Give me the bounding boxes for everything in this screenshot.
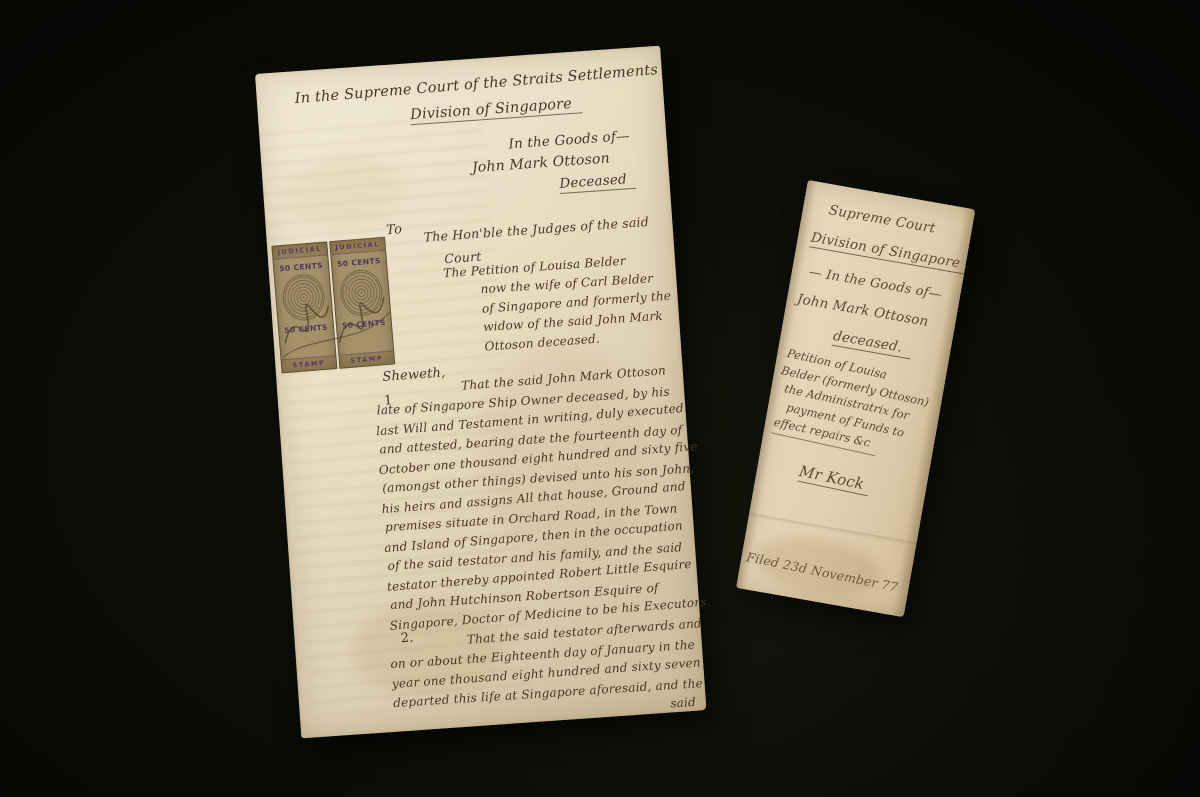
docket-petition-summary: Petition of Louisa Belder (formerly Otto… <box>770 345 935 465</box>
petition-document: In the Supreme Court of the Straits Sett… <box>255 46 706 739</box>
docket-deceased-label: deceased. <box>832 328 914 360</box>
address-to: To <box>386 222 403 238</box>
stamp-value-top: 50 CENTS <box>279 261 323 273</box>
judicial-stamp-left: JUDICIAL 50 CENTS 50 CENTS STAMP <box>271 241 337 373</box>
paragraph-1: That the said John Mark Ottoson late of … <box>373 361 692 635</box>
attorney-name: Mr Kock <box>797 462 872 497</box>
stamp-value-top: 50 CENTS <box>337 256 381 268</box>
judicial-stamp-right: JUDICIAL 50 CENTS 50 CENTS STAMP <box>329 237 395 369</box>
stamp-value-bottom: 50 CENTS <box>284 323 328 335</box>
photograph-background: In the Supreme Court of the Straits Sett… <box>0 0 1200 797</box>
stamp-engraving <box>339 268 385 317</box>
stamp-value-bottom: 50 CENTS <box>342 318 386 330</box>
petitioner-block: The Petition of Louisa Belder now the wi… <box>479 249 675 357</box>
docket-court: Supreme Court <box>828 202 937 236</box>
stamp-judicial-label: JUDICIAL <box>272 242 327 259</box>
stamp-judicial-label: JUDICIAL <box>330 238 385 255</box>
stamp-engraving <box>281 273 327 322</box>
judicial-stamp-pair: JUDICIAL 50 CENTS 50 CENTS STAMP JUDICIA… <box>271 237 395 374</box>
